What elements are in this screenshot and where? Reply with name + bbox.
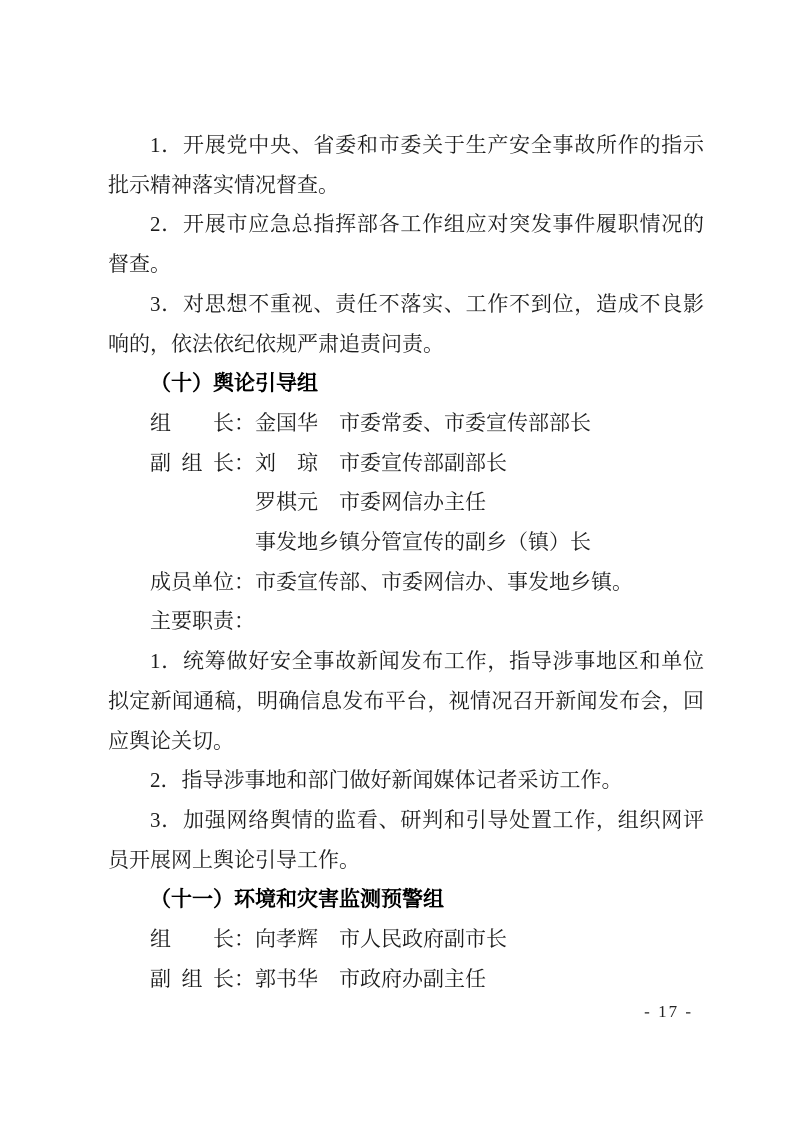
role-title: 市委常委、市委宣传部部长 <box>339 411 591 435</box>
role-title: 市政府办副主任 <box>339 967 486 991</box>
document-page: 1．开展党中央、省委和市委关于生产安全事故所作的指示批示精神落实情况督查。 2．… <box>0 0 793 1122</box>
role-row-vice-leader-g10: 副 组 长：刘 琼市委宣传部副部长 <box>108 444 704 484</box>
role-row-vice-leader-g11: 副 组 长：郭书华市政府办副主任 <box>108 960 704 1000</box>
section-heading-group-11: （十一）环境和灾害监测预警组 <box>108 880 704 920</box>
role-name: 金国华 <box>255 411 318 435</box>
page-number: - 17 - <box>644 1002 693 1022</box>
role-name: 向孝辉 <box>255 927 318 951</box>
role-name: 罗棋元 <box>255 490 318 514</box>
role-name: 郭书华 <box>255 967 318 991</box>
role-label: 副 组 长： <box>150 451 255 475</box>
document-body: 1．开展党中央、省委和市委关于生产安全事故所作的指示批示精神落实情况督查。 2．… <box>108 126 704 999</box>
role-row-leader-g10: 组 长：金国华市委常委、市委宣传部部长 <box>108 404 704 444</box>
duty-paragraph-2-g10: 2．指导涉事地和部门做好新闻媒体记者采访工作。 <box>108 761 704 801</box>
role-name: 刘 琼 <box>255 451 318 475</box>
role-label: 副 组 长： <box>150 967 255 991</box>
paragraph-supervision-3: 3．对思想不重视、责任不落实、工作不到位，造成不良影响的，依法依纪依规严肃追责问… <box>108 285 704 364</box>
role-title: 市委宣传部副部长 <box>339 451 507 475</box>
role-label: 组 长： <box>150 927 255 951</box>
section-heading-group-10: （十）舆论引导组 <box>108 364 704 404</box>
role-row-leader-g11: 组 长：向孝辉市人民政府副市长 <box>108 920 704 960</box>
duties-label-g10: 主要职责： <box>108 602 704 642</box>
members-row-g10: 成员单位：市委宣传部、市委网信办、事发地乡镇。 <box>108 563 704 603</box>
role-title: 市人民政府副市长 <box>339 927 507 951</box>
duty-paragraph-1-g10: 1．统筹做好安全事故新闻发布工作，指导涉事地区和单位拟定新闻通稿，明确信息发布平… <box>108 642 704 761</box>
role-row-vice-leader-2-g10: 罗棋元市委网信办主任 <box>108 483 704 523</box>
members-list: 市委宣传部、市委网信办、事发地乡镇。 <box>255 570 633 594</box>
role-row-vice-leader-3-g10: 事发地乡镇分管宣传的副乡（镇）长 <box>108 523 704 563</box>
paragraph-supervision-2: 2．开展市应急总指挥部各工作组应对突发事件履职情况的督查。 <box>108 205 704 284</box>
duty-paragraph-3-g10: 3．加强网络舆情的监看、研判和引导处置工作，组织网评员开展网上舆论引导工作。 <box>108 801 704 880</box>
role-label: 组 长： <box>150 411 255 435</box>
role-title: 事发地乡镇分管宣传的副乡（镇）长 <box>255 530 591 554</box>
paragraph-supervision-1: 1．开展党中央、省委和市委关于生产安全事故所作的指示批示精神落实情况督查。 <box>108 126 704 205</box>
members-label: 成员单位： <box>150 570 255 594</box>
role-title: 市委网信办主任 <box>339 490 486 514</box>
